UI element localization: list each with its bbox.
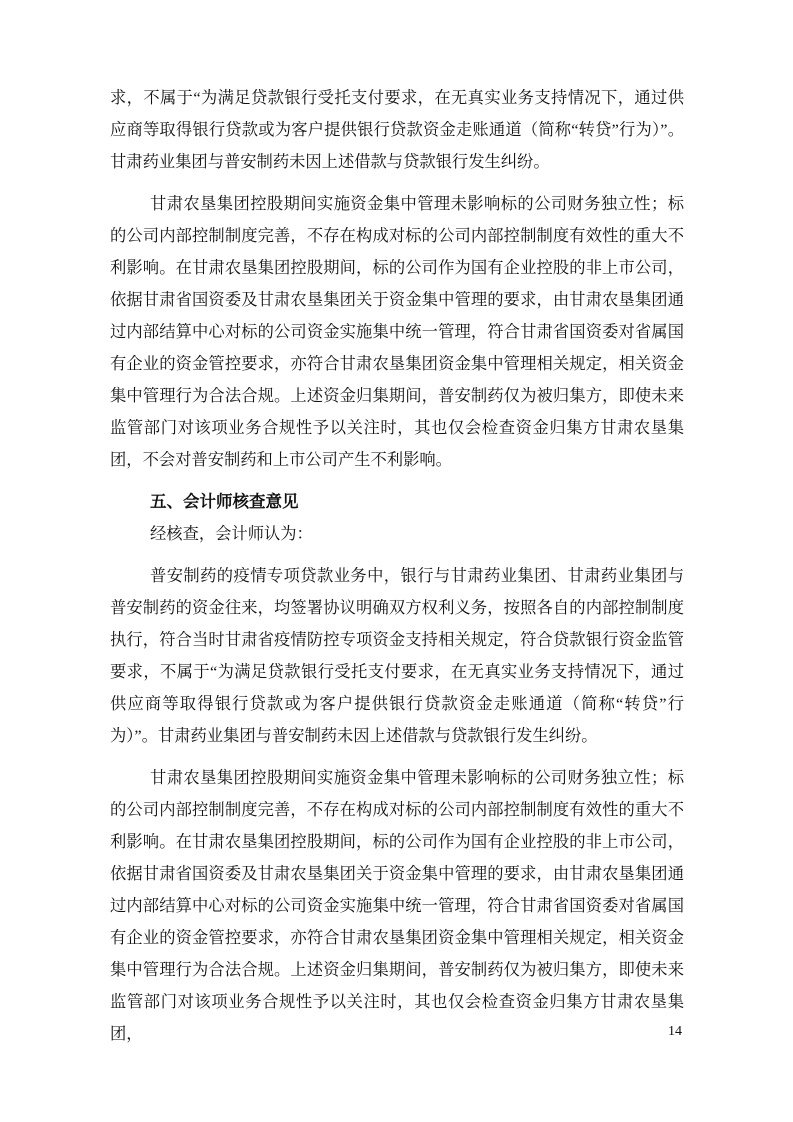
document-page: 求，不属于“为满足贷款银行受托支付要求，在无真实业务支持情况下，通过供应商等取得…: [0, 0, 793, 1122]
page-number: 14: [668, 1024, 682, 1040]
paragraph-fund-management: 甘肃农垦集团控股期间实施资金集中管理未影响标的公司财务独立性；标的公司内部控制制…: [110, 188, 684, 476]
section-heading: 五、会计师核查意见: [110, 486, 684, 518]
paragraph-accountant-intro: 经核查，会计师认为：: [110, 518, 684, 550]
text-block: 求，不属于“为满足贷款银行受托支付要求，在无真实业务支持情况下，通过供应商等取得…: [110, 82, 684, 1060]
paragraph-opinion-loan: 普安制药的疫情专项贷款业务中，银行与甘肃药业集团、甘肃药业集团与普安制药的资金往…: [110, 560, 684, 752]
paragraph-loan-conclusion-continued: 求，不属于“为满足贷款银行受托支付要求，在无真实业务支持情况下，通过供应商等取得…: [110, 82, 684, 178]
paragraph-opinion-fund-truncated: 甘肃农垦集团控股期间实施资金集中管理未影响标的公司财务独立性；标的公司内部控制制…: [110, 762, 684, 1050]
